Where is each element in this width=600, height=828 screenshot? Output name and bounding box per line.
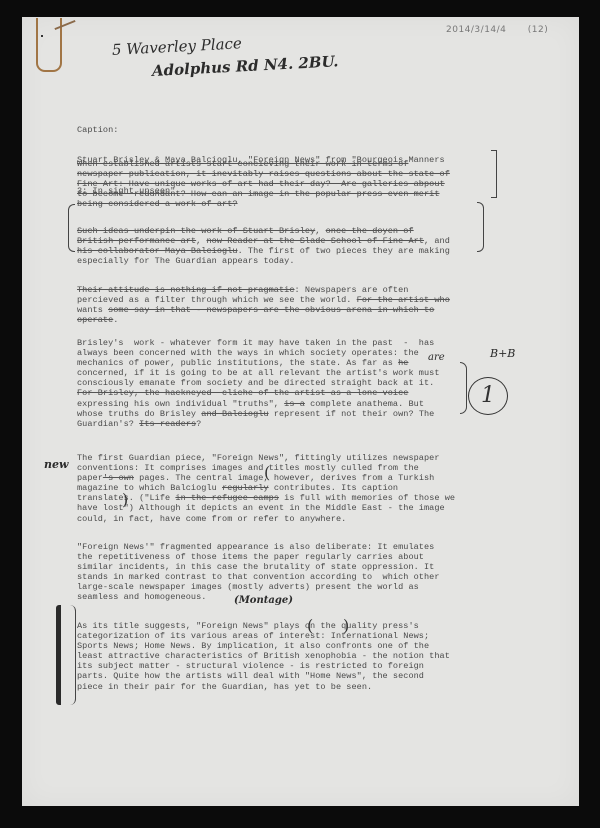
text-segment: stands in marked contrast to that conven… <box>77 572 440 582</box>
struck-text: to become redundant? How can an image in… <box>77 189 440 199</box>
margin-bracket <box>491 150 497 198</box>
text-segment: mechanics of power, public institutions,… <box>77 358 398 368</box>
text-segment: pages. The central image, however, deriv… <box>134 473 434 483</box>
text-segment: similar incidents, in this case the brut… <box>77 562 434 572</box>
struck-text: Such ideas underpin the work of Stuart B… <box>77 226 315 236</box>
struck-text: in the refugee camps <box>175 493 279 503</box>
text-segment: conventions: It comprises images and tit… <box>77 463 419 473</box>
text-line: Fine Art: Have unique works of art had t… <box>77 179 450 189</box>
text-segment: parts. Quite how the artists will deal w… <box>77 671 424 681</box>
text-line: Sports News; Home News. By implication, … <box>77 641 450 651</box>
paragraph-fragmented: "Foreign News'" fragmented appearance is… <box>77 542 440 603</box>
text-segment: seamless and homogeneous. <box>77 592 206 602</box>
archive-reference-number: 2014/3/14/4 <box>446 25 506 35</box>
struck-text: For the artist who <box>357 295 450 305</box>
struck-text: now Reader at the Slade School of Fine A… <box>206 236 424 246</box>
archive-reference: 2014/3/14/4 (12) <box>446 25 548 35</box>
text-line: "Foreign News'" fragmented appearance is… <box>77 542 440 552</box>
text-line: Such ideas underpin the work of Stuart B… <box>77 226 450 236</box>
text-segment: The first Guardian piece, "Foreign News"… <box>77 453 440 463</box>
struck-text: is a <box>284 399 305 409</box>
page-number: (12) <box>528 25 548 35</box>
paragraph-struck-intro: When established artists start concievin… <box>77 159 450 209</box>
text-segment: the repetitiveness of those items the pa… <box>77 552 424 562</box>
text-line: parts. Quite how the artists will deal w… <box>77 671 450 681</box>
circled-number: 1 <box>468 377 508 415</box>
text-segment: "Foreign News'" fragmented appearance is… <box>77 542 434 552</box>
struck-text: newspaper publication, it inevitably rai… <box>77 169 450 179</box>
struck-text: When established artists start concievin… <box>77 159 408 169</box>
text-line: concerned, if it is going to be at all r… <box>77 368 440 378</box>
text-line: least attractive characteristics of Brit… <box>77 651 450 661</box>
handwritten-margin-insert: new <box>44 458 68 471</box>
text-line: For Brisley, the hackneyed cliche of the… <box>77 388 440 398</box>
text-line: similar incidents, in this case the brut… <box>77 562 440 572</box>
struck-text: British performance art <box>77 236 196 246</box>
margin-emphasis-bar <box>56 605 76 705</box>
caption-label: Caption: <box>77 125 445 135</box>
text-line: his collaborator Maya Balcioglu. The fir… <box>77 246 450 256</box>
struck-text: Fine Art: Have unique works of art had t… <box>77 179 445 189</box>
paragraph-attitude: Their attitude is nothing if not pragmat… <box>77 285 450 325</box>
text-segment: paper <box>77 473 103 483</box>
handwritten-paren-open: ( <box>307 616 313 635</box>
struck-text: his collaborator Maya Balcioglu <box>77 246 238 256</box>
text-segment: , and <box>424 236 450 246</box>
text-segment: least attractive characteristics of Brit… <box>77 651 450 661</box>
margin-brace <box>477 202 484 252</box>
text-line: the repetitiveness of those items the pa… <box>77 552 440 562</box>
text-segment: , <box>196 236 206 246</box>
text-line: stands in marked contrast to that conven… <box>77 572 440 582</box>
text-segment: . <box>113 315 118 325</box>
text-line: mechanics of power, public institutions,… <box>77 358 440 368</box>
struck-text: being considered a work of art? <box>77 199 238 209</box>
text-line: have lost") Although it depicts an event… <box>77 503 455 513</box>
text-segment: is full with memories of those we <box>279 493 455 503</box>
text-line: could, in fact, have come from or refer … <box>77 514 455 524</box>
handwritten-montage: (Montage) <box>234 595 293 606</box>
text-segment: have lost") Although it depicts an event… <box>77 503 445 513</box>
text-line: Guardian's? Its readers? <box>77 419 440 429</box>
text-segment: contributes. Its caption <box>269 483 398 493</box>
text-segment: consciously emanate from society and be … <box>77 378 434 388</box>
struck-text: For Brisley, the hackneyed cliche of the… <box>77 388 408 398</box>
text-line: always been concerned with the ways in w… <box>77 348 440 358</box>
text-segment: Sports News; Home News. By implication, … <box>77 641 429 651</box>
text-line: translates. ("Life in the refugee camps … <box>77 493 455 503</box>
text-line: categorization of its various areas of i… <box>77 631 450 641</box>
struck-text: and Balcioglu <box>201 409 268 419</box>
handwritten-are: are <box>428 352 445 363</box>
text-line: British performance art, now Reader at t… <box>77 236 450 246</box>
text-segment: . The first of two pieces they are makin… <box>238 246 450 256</box>
text-line: piece in their pair for the Guardian, ha… <box>77 682 450 692</box>
text-segment: As its title suggests, "Foreign News" pl… <box>77 621 419 631</box>
struck-text: Its readers <box>139 419 196 429</box>
struck-text: Their attitude is nothing if not pragmat… <box>77 285 295 295</box>
text-segment: complete anathema. But <box>305 399 424 409</box>
text-line: Their attitude is nothing if not pragmat… <box>77 285 450 295</box>
text-line: The first Guardian piece, "Foreign News"… <box>77 453 455 463</box>
struck-text: 's own <box>103 473 134 483</box>
text-segment: Guardian's? <box>77 419 139 429</box>
text-line: being considered a work of art? <box>77 199 450 209</box>
text-segment: Brisley's work - whatever form it may ha… <box>77 338 434 348</box>
text-line: operate. <box>77 315 450 325</box>
text-segment: : Newspapers are often <box>295 285 409 295</box>
text-segment: represent if not their own? The <box>269 409 435 419</box>
text-segment: concerned, if it is going to be at all r… <box>77 368 440 378</box>
text-segment: could, in fact, have come from or refer … <box>77 514 346 524</box>
text-segment: magazine to which Balcioglu <box>77 483 222 493</box>
text-line: Brisley's work - whatever form it may ha… <box>77 338 440 348</box>
handwritten-paren-close: ) <box>343 616 349 635</box>
text-line: whose truths do Brisley and Balcioglu re… <box>77 409 440 419</box>
struck-text: operate <box>77 315 113 325</box>
paragraph-ideas: Such ideas underpin the work of Stuart B… <box>77 226 450 266</box>
handwritten-initials: B+B <box>490 347 515 360</box>
handwritten-paren-open: ( <box>264 463 270 482</box>
struck-text: he <box>398 358 408 368</box>
text-segment: ? <box>196 419 201 429</box>
text-line: magazine to which Balcioglu regularly co… <box>77 483 455 493</box>
text-line: to become redundant? How can an image in… <box>77 189 450 199</box>
text-line: When established artists start concievin… <box>77 159 450 169</box>
handwritten-paren-close: ) <box>122 490 128 509</box>
text-line: large-scale newspaper images (mostly adv… <box>77 582 440 592</box>
margin-brace <box>68 204 75 252</box>
text-segment: piece in their pair for the Guardian, ha… <box>77 682 372 692</box>
text-segment: expressing his own individual "truths", <box>77 399 284 409</box>
paragraph-title-suggests: As its title suggests, "Foreign News" pl… <box>77 621 450 692</box>
text-line: wants some say in that - newspapers are … <box>77 305 450 315</box>
text-line: percieved as a filter through which we s… <box>77 295 450 305</box>
text-segment: percieved as a filter through which we s… <box>77 295 357 305</box>
text-segment: its subject matter - structural violence… <box>77 661 424 671</box>
text-segment: especially for The Guardian appears toda… <box>77 256 295 266</box>
text-line: expressing his own individual "truths", … <box>77 399 440 409</box>
struck-text: regularly <box>222 483 269 493</box>
text-line: newspaper publication, it inevitably rai… <box>77 169 450 179</box>
ink-dot-mark <box>41 35 43 37</box>
text-segment: , <box>315 226 325 236</box>
text-segment: categorization of its various areas of i… <box>77 631 429 641</box>
text-line: consciously emanate from society and be … <box>77 378 440 388</box>
margin-bracket <box>460 362 467 414</box>
text-line: As its title suggests, "Foreign News" pl… <box>77 621 450 631</box>
text-line: especially for The Guardian appears toda… <box>77 256 450 266</box>
paragraph-brisley-work: Brisley's work - whatever form it may ha… <box>77 338 440 429</box>
text-segment: large-scale newspaper images (mostly adv… <box>77 582 419 592</box>
text-segment: always been concerned with the ways in w… <box>77 348 419 358</box>
struck-text: once the doyen of <box>326 226 414 236</box>
text-segment: wants <box>77 305 108 315</box>
text-line: its subject matter - structural violence… <box>77 661 450 671</box>
struck-text: some say in that - newspapers are the ob… <box>108 305 434 315</box>
text-segment: whose truths do Brisley <box>77 409 201 419</box>
